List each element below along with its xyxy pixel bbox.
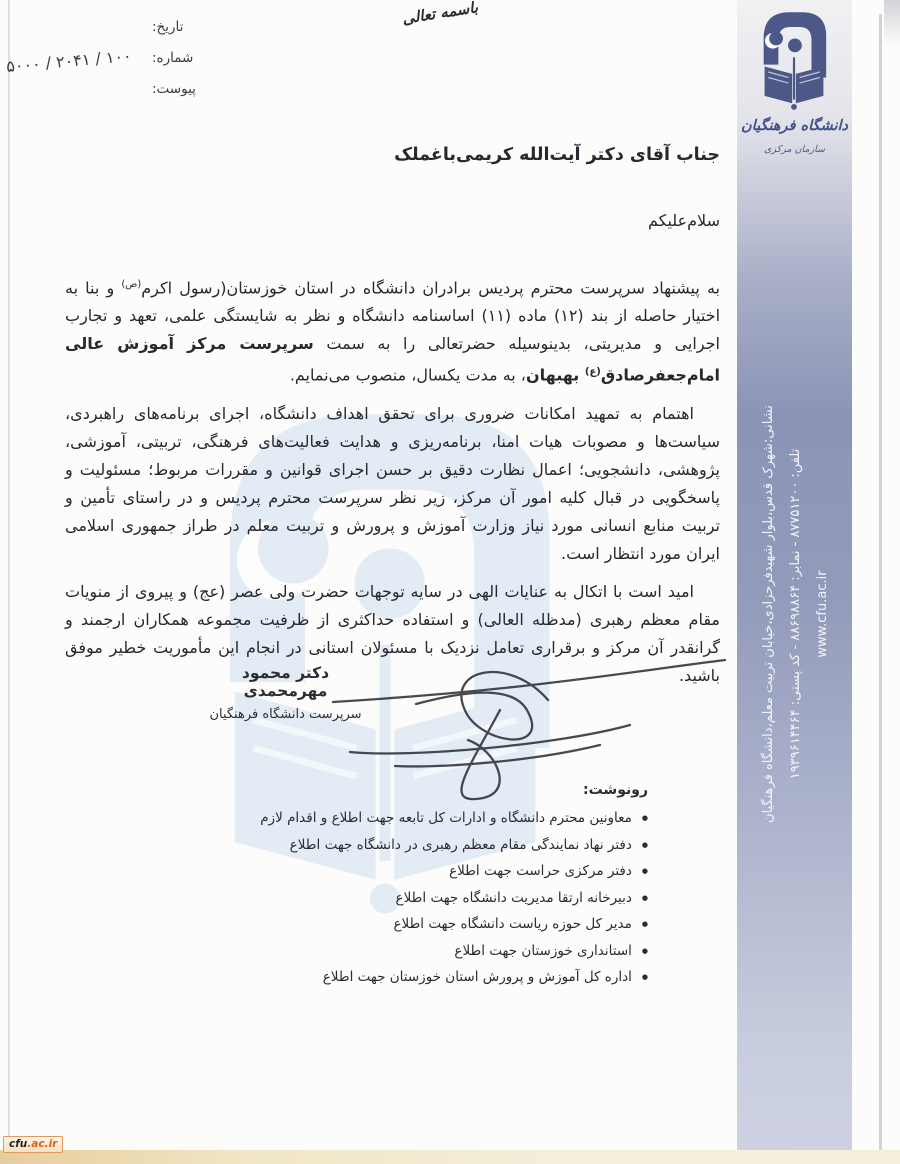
header-form: تاریخ: شماره: پیوست: (152, 16, 222, 109)
letterhead-sidebar: دانشگاه فرهنگیان سازمان مرکزی نشانی:شهرک… (737, 0, 852, 1150)
signature-block: دکتر محمود مهرمحمدی سرپرست دانشگاه فرهنگ… (208, 664, 363, 722)
cc-item: معاونین محترم دانشگاه و ادارات کل تابعه … (218, 805, 648, 832)
signer-name: دکتر محمود مهرمحمدی (208, 664, 363, 700)
attachment-label: پیوست: (152, 78, 222, 109)
url-suffix: .ac.ir (27, 1138, 57, 1150)
signer-title: سرپرست دانشگاه فرهنگیان (208, 707, 363, 722)
letter-body: جناب آقای دکتر آیت‌الله کریمی‌باغملک سلا… (65, 142, 720, 690)
cc-item: دفتر نهاد نمایندگی مقام معظم رهبری در دا… (218, 832, 648, 859)
letter-paragraph: امید است با اتکال به عنایات الهی در سایه… (65, 578, 720, 690)
cc-item: مدیر کل حوزه ریاست دانشگاه جهت اطلاع (218, 911, 648, 938)
cc-item: اداره کل آموزش و پرورش استان خوزستان جهت… (218, 964, 648, 991)
letter-paragraph: به پیشنهاد سرپرست محترم پردیس برادران دا… (65, 271, 720, 390)
cc-label: رونوشت: (218, 782, 648, 798)
address-line: نشانی:شهرک قدس،بلوار شهیدفرحزادی،خیابان … (755, 309, 782, 919)
university-logo-icon (748, 4, 840, 118)
cc-list: معاونین محترم دانشگاه و ادارات کل تابعه … (218, 805, 648, 991)
cc-section: رونوشت: معاونین محترم دانشگاه و ادارات ک… (218, 782, 648, 991)
scan-bottom-strip (0, 1150, 900, 1164)
contact-info-rotated: نشانی:شهرک قدس،بلوار شهیدفرحزادی،خیابان … (755, 309, 839, 919)
addressee-line: جناب آقای دکتر آیت‌الله کریمی‌باغملک (65, 142, 720, 168)
page-edge-left (8, 0, 10, 1164)
letter-paragraph: اهتمام به تمهید امکانات ضروری برای تحقق … (65, 400, 720, 568)
page-corner-shadow (884, 0, 900, 46)
handwritten-date: ۹۲/۰۶/۲۶ (95, 0, 216, 12)
cc-item: دفتر مرکزی حراست جهت اطلاع (218, 858, 648, 885)
letter-paragraphs: به پیشنهاد سرپرست محترم پردیس برادران دا… (65, 271, 720, 690)
page-edge-right (879, 14, 882, 1164)
website-line: www.cfu.ac.ir (809, 309, 836, 919)
url-prefix: cfu (9, 1138, 27, 1150)
phone-line: تلفن: ۸۷۷۵۱۲۰۰ - نمابر: ۸۸۶۹۸۸۶۴ - کد پس… (782, 309, 809, 919)
university-name-calligraphy: دانشگاه فرهنگیان (737, 118, 852, 134)
salutation: سلام‌علیکم (65, 207, 720, 235)
scanned-letter-page: باسمه تعالی تاریخ: شماره: پیوست: ۹۲/۰۶/۲… (0, 0, 900, 1164)
cc-item: دبیرخانه ارتقا مدیریت دانشگاه جهت اطلاع (218, 885, 648, 912)
bismillah-calligraphy: باسمه تعالی (389, 0, 491, 30)
cfu-url-badge: cfu.ac.ir (3, 1136, 63, 1153)
handwritten-number: ۱۰۰ / ۲۰۴۱ / ۵۰۰۰ (5, 43, 166, 76)
organization-name: سازمان مرکزی (737, 144, 852, 155)
cc-item: استانداری خوزستان جهت اطلاع (218, 938, 648, 965)
